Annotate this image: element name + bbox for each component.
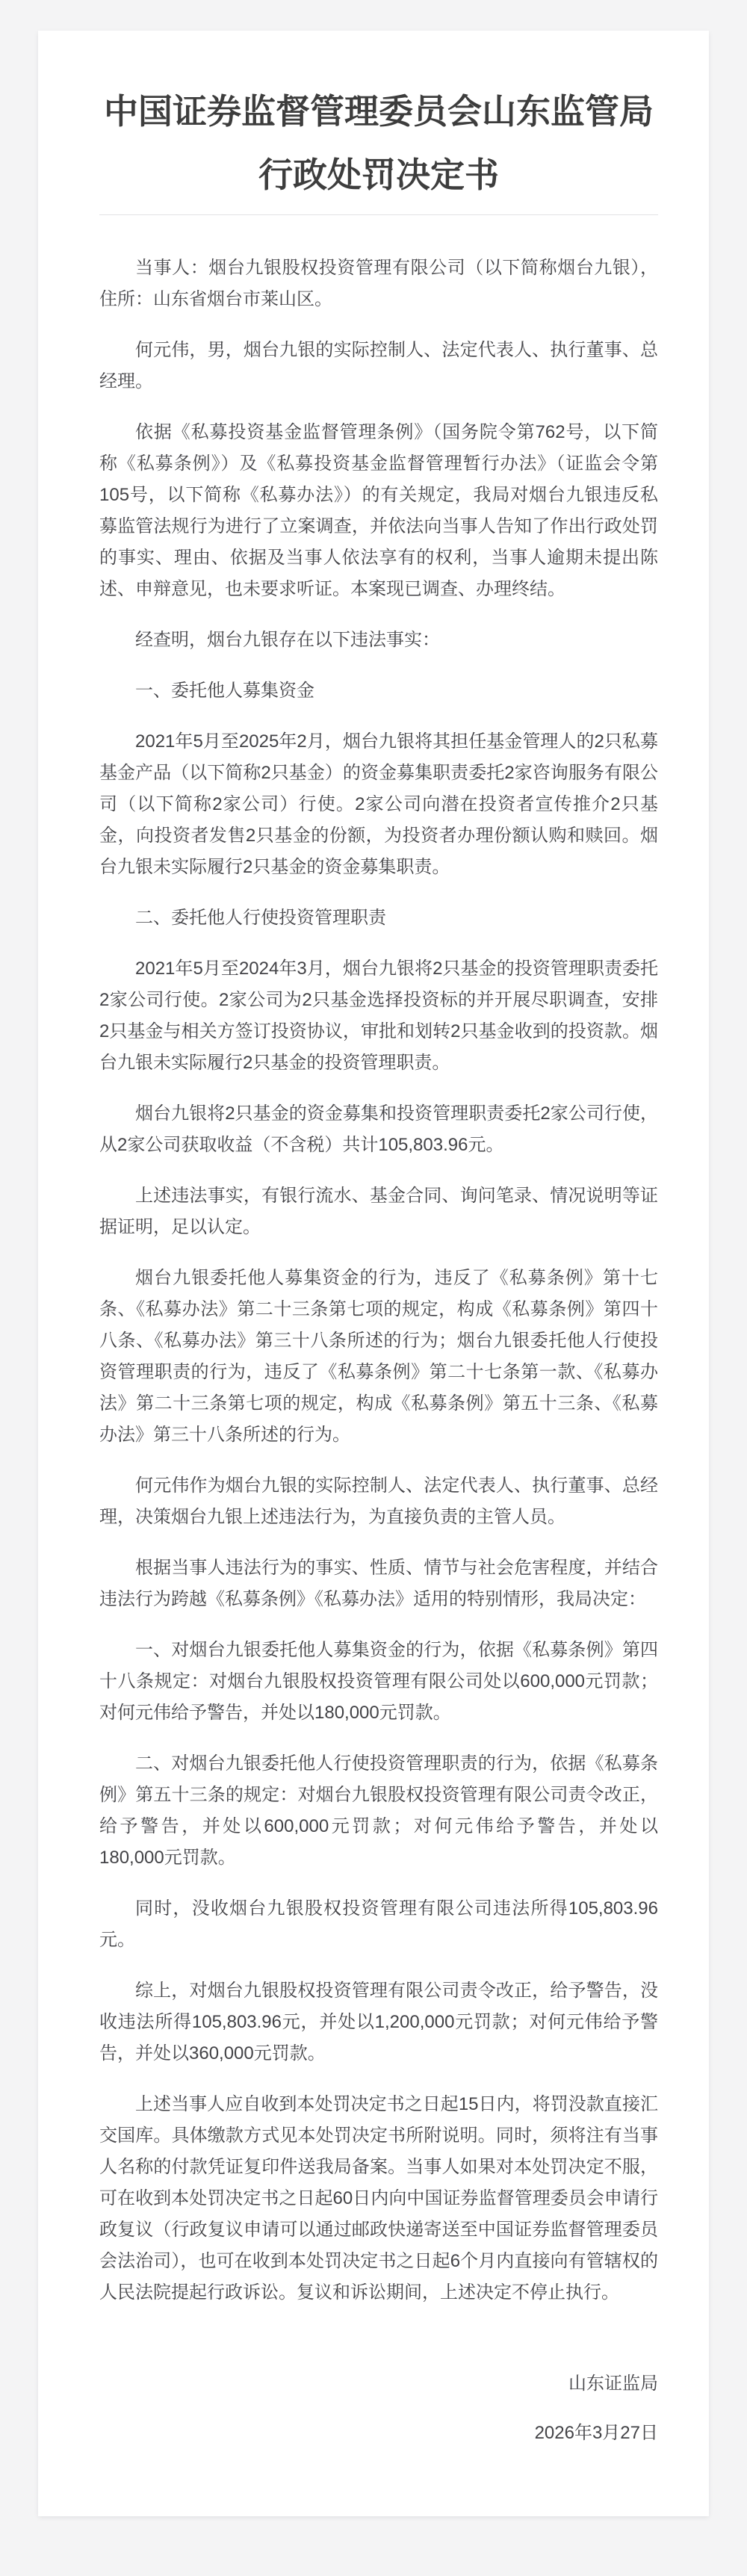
title-divider bbox=[99, 214, 658, 215]
document-title-line2: 行政处罚决定书 bbox=[99, 143, 658, 207]
body-paragraph: 上述当事人应自收到本处罚决定书之日起15日内，将罚没款直接汇交国库。具体缴款方式… bbox=[99, 2089, 658, 2309]
issue-date: 2026年3月27日 bbox=[99, 2418, 658, 2449]
document-body: 当事人：烟台九银股权投资管理有限公司（以下简称烟台九银），住所：山东省烟台市莱山… bbox=[99, 253, 658, 2309]
body-paragraph: 2021年5月至2024年3月，烟台九银将2只基金的投资管理职责委托2家公司行使… bbox=[99, 953, 658, 1079]
body-paragraph: 经查明，烟台九银存在以下违法事实： bbox=[99, 625, 658, 656]
body-paragraph: 同时，没收烟台九银股权投资管理有限公司违法所得105,803.96元。 bbox=[99, 1893, 658, 1956]
body-paragraph: 综上，对烟台九银股权投资管理有限公司责令改正，给予警告，没收违法所得105,80… bbox=[99, 1975, 658, 2069]
body-paragraph: 一、委托他人募集资金 bbox=[99, 675, 658, 707]
body-paragraph: 何元伟作为烟台九银的实际控制人、法定代表人、执行董事、总经理，决策烟台九银上述违… bbox=[99, 1470, 658, 1533]
body-paragraph: 上述违法事实，有银行流水、基金合同、询问笔录、情况说明等证据证明，足以认定。 bbox=[99, 1180, 658, 1243]
body-paragraph: 二、委托他人行使投资管理职责 bbox=[99, 902, 658, 934]
issuer-signature: 山东证监局 bbox=[99, 2368, 658, 2400]
body-paragraph: 烟台九银委托他人募集资金的行为，违反了《私募条例》第十七条、《私募办法》第二十三… bbox=[99, 1263, 658, 1451]
page-background: { "document": { "title_line1": "中国证券监督管理… bbox=[0, 31, 747, 2576]
body-paragraph: 烟台九银将2只基金的资金募集和投资管理职责委托2家公司行使，从2家公司获取收益（… bbox=[99, 1098, 658, 1161]
document-title: 中国证券监督管理委员会山东监管局 行政处罚决定书 bbox=[99, 80, 658, 207]
body-paragraph: 一、对烟台九银委托他人募集资金的行为，依据《私募条例》第四十八条规定：对烟台九银… bbox=[99, 1635, 658, 1729]
document-card: 中国证券监督管理委员会山东监管局 行政处罚决定书 当事人：烟台九银股权投资管理有… bbox=[38, 31, 709, 2516]
body-paragraph: 二、对烟台九银委托他人行使投资管理职责的行为，依据《私募条例》第五十三条的规定：… bbox=[99, 1748, 658, 1874]
body-paragraph: 当事人：烟台九银股权投资管理有限公司（以下简称烟台九银），住所：山东省烟台市莱山… bbox=[99, 253, 658, 315]
document-title-line1: 中国证券监督管理委员会山东监管局 bbox=[99, 80, 658, 143]
body-paragraph: 2021年5月至2025年2月，烟台九银将其担任基金管理人的2只私募基金产品（以… bbox=[99, 726, 658, 883]
body-paragraph: 依据《私募投资基金监督管理条例》（国务院令第762号，以下简称《私募条例》）及《… bbox=[99, 417, 658, 605]
body-paragraph: 何元伟，男，烟台九银的实际控制人、法定代表人、执行董事、总经理。 bbox=[99, 335, 658, 397]
body-paragraph: 根据当事人违法行为的事实、性质、情节与社会危害程度，并结合违法行为跨越《私募条例… bbox=[99, 1552, 658, 1615]
